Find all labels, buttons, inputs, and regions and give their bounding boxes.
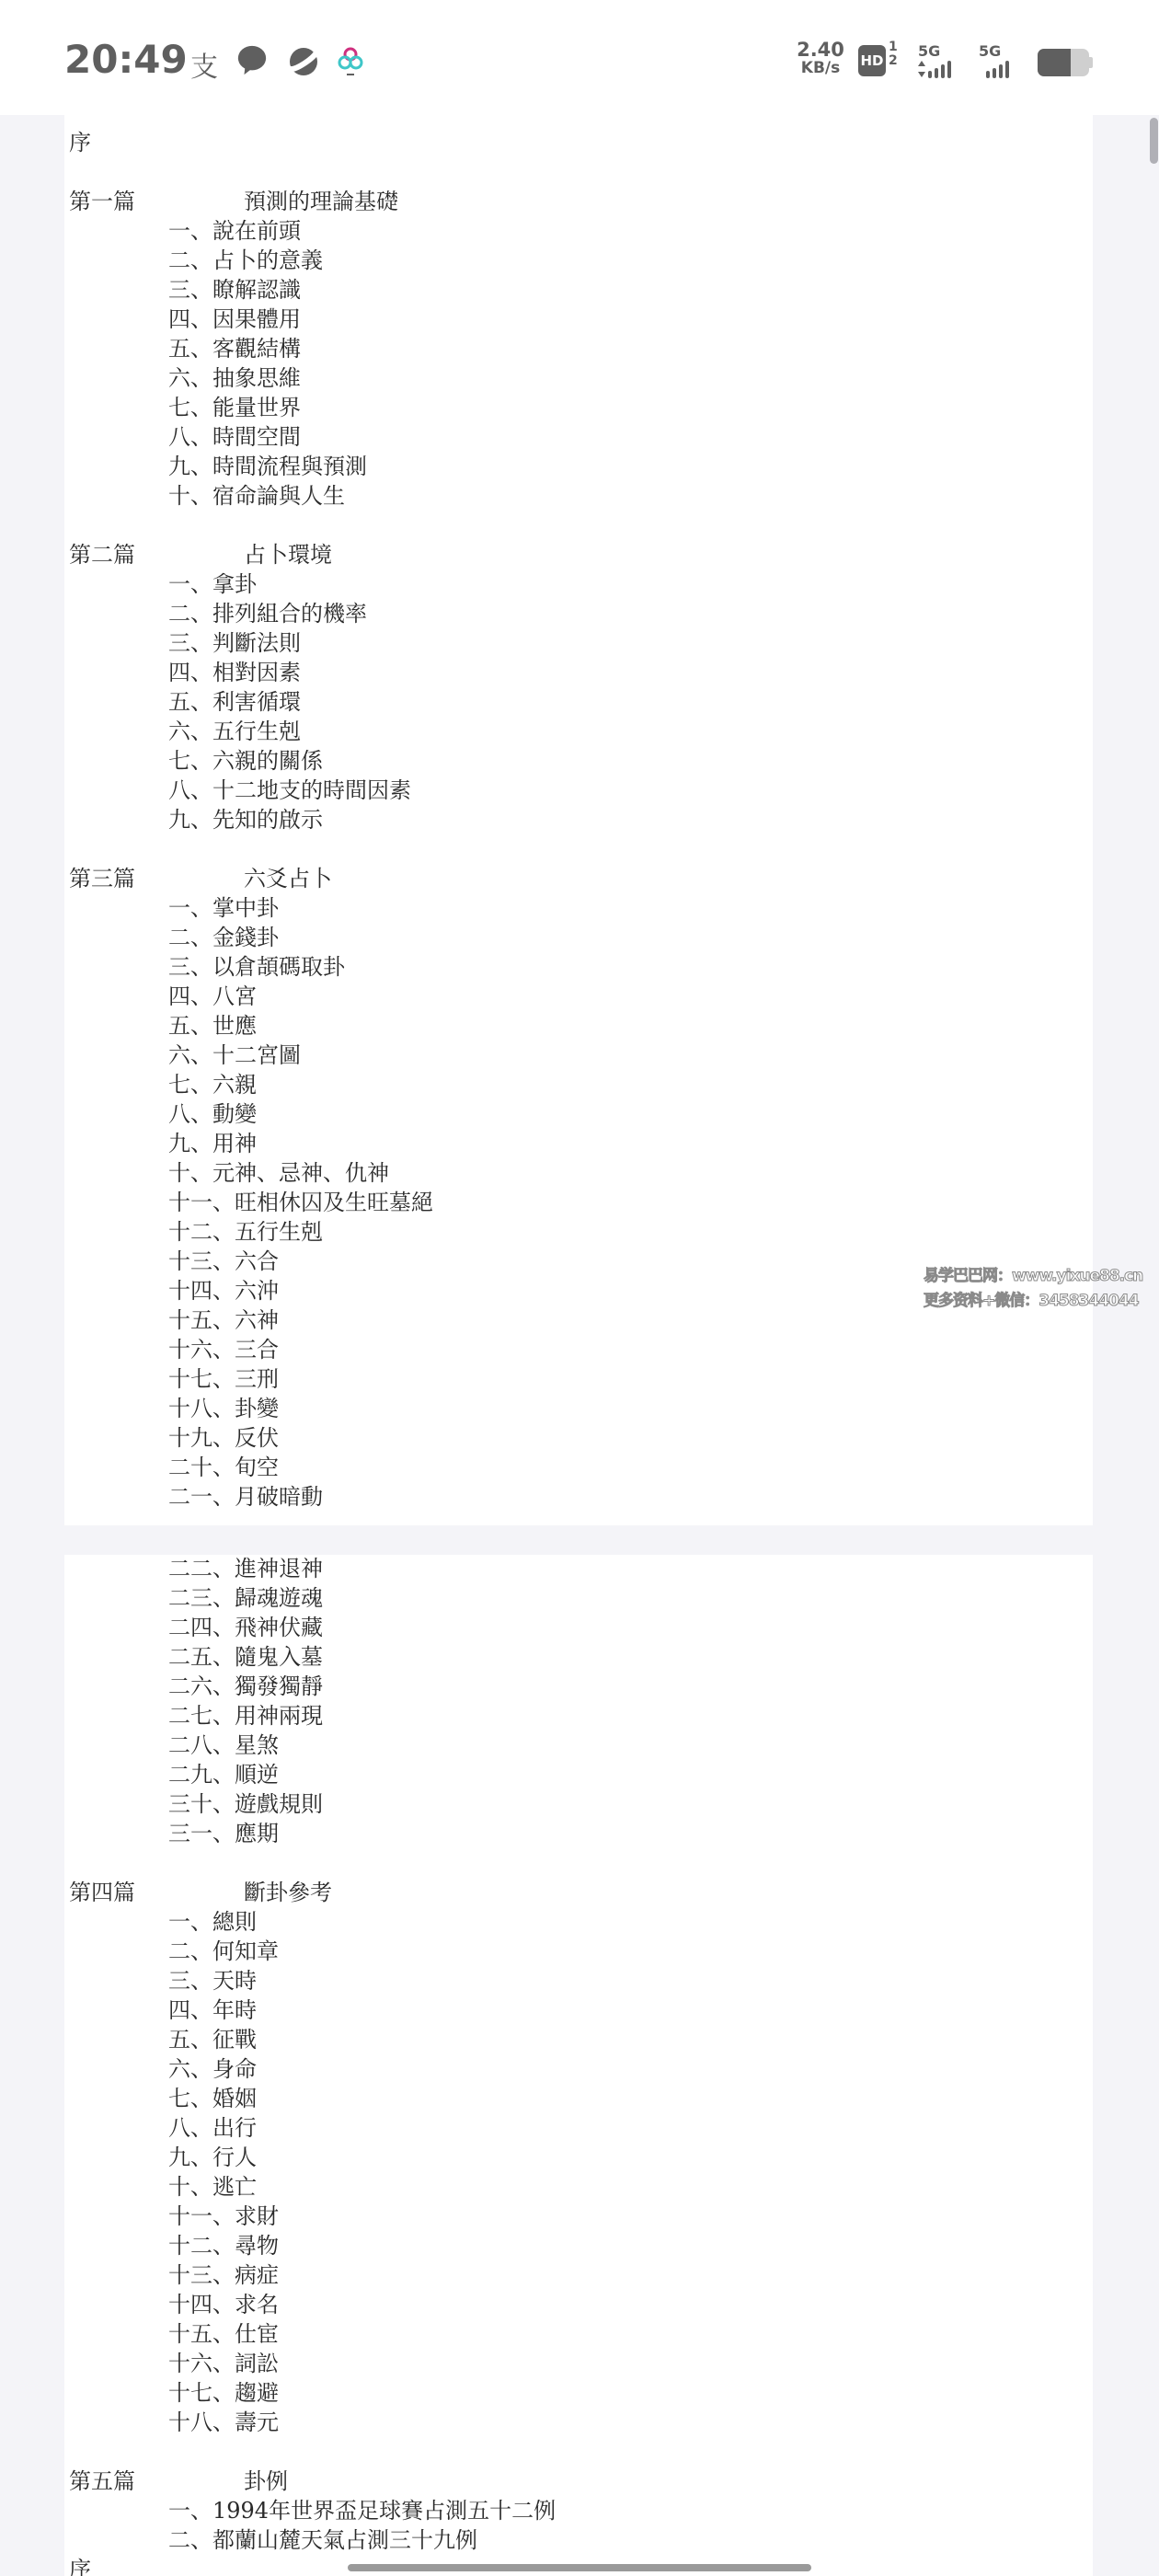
toc-item: 二、金錢卦 [168, 924, 279, 951]
alipay-icon: 支 [190, 44, 218, 77]
toc-item: 二二、進神退神 [168, 1555, 323, 1582]
toc-item: 七、婚姻 [168, 2085, 257, 2112]
toc-item: 十九、反伏 [168, 1424, 279, 1452]
vertical-scrollbar[interactable] [1150, 118, 1158, 164]
document-page-2: 二二、進神退神二三、歸魂遊魂二四、飛神伏藏二五、隨鬼入墓二六、獨發獨靜二七、用神… [64, 1555, 1093, 2576]
toc-item: 十三、病症 [168, 2261, 279, 2289]
battery-tip [1089, 57, 1093, 68]
network-speed-unit: KB/s [793, 61, 848, 76]
chat-bubble-icon [235, 44, 269, 77]
toc-item: 三、瞭解認識 [168, 276, 301, 304]
toc-item: 二六、獨發獨靜 [168, 1673, 323, 1700]
toc-item: 一、掌中卦 [168, 894, 279, 922]
toc-item: 十五、仕宦 [168, 2320, 279, 2348]
toc-item: 七、六親 [168, 1071, 257, 1098]
toc-item: 十二、五行生剋 [168, 1218, 323, 1246]
toc-item: 九、用神 [168, 1130, 257, 1157]
toc-item: 一、1994年世界盃足球賽占測五十二例 [168, 2497, 556, 2524]
toc-item: 二、占卜的意義 [168, 247, 323, 274]
sim1-network-type: 5G [918, 42, 940, 60]
network-speed: 2.40 KB/s [793, 40, 848, 76]
sim2-network-type: 5G [979, 42, 1001, 60]
toc-item: 三一、應期 [168, 1820, 279, 1847]
toc-item: 二八、星煞 [168, 1731, 279, 1759]
toc-item: 十六、詞訟 [168, 2350, 279, 2377]
chapter-title: 預測的理論基礎 [244, 188, 398, 215]
toc-item: 五、征戰 [168, 2026, 257, 2053]
status-time: 20:49 [64, 37, 188, 82]
toc-item: 七、六親的關係 [168, 747, 323, 775]
watermark-line-1: 易学巴巴网：www.yixue88.cn [924, 1262, 1142, 1285]
toc-item: 十七、三刑 [168, 1365, 279, 1393]
toc-item: 十、宿命論與人生 [168, 482, 345, 510]
toc-item: 十二、尋物 [168, 2232, 279, 2260]
sim1-signal-icon [928, 61, 951, 78]
planet-browser-icon [287, 45, 320, 78]
home-indicator[interactable] [348, 2564, 811, 2571]
toc-item: 三、以倉頡碼取卦 [168, 953, 345, 981]
toc-item: 四、八宮 [168, 983, 257, 1010]
hd-sim-indicator: 1 2 [889, 40, 898, 69]
network-speed-value: 2.40 [793, 40, 848, 60]
toc-item: 四、相對因素 [168, 659, 301, 686]
toc-item: 十八、卦變 [168, 1395, 279, 1422]
toc-item: 三、判斷法則 [168, 629, 301, 657]
toc-item: 七、能量世界 [168, 394, 301, 421]
toc-item: 十四、六沖 [168, 1277, 279, 1305]
sim2-signal-icon [986, 61, 1009, 78]
toc-item: 十、逃亡 [168, 2173, 257, 2201]
chapter-title: 占卜環境 [244, 541, 332, 569]
hd-sim-top: 1 [889, 40, 898, 54]
toc-item: 九、時間流程與預測 [168, 453, 367, 480]
battery-icon [1038, 49, 1089, 76]
document-page-1: 序第一篇預測的理論基礎一、說在前頭二、占卜的意義三、瞭解認識四、因果體用五、客觀… [64, 115, 1093, 1525]
toc-item: 三、天時 [168, 1967, 257, 1995]
toc-item: 一、拿卦 [168, 570, 257, 598]
toc-item: 二、何知章 [168, 1938, 279, 1965]
toc-item: 九、行人 [168, 2144, 257, 2171]
toc-item: 十六、三合 [168, 1336, 279, 1363]
chapter-label: 第三篇 [69, 865, 135, 892]
hd-voice-icon: HD [858, 45, 886, 76]
toc-item: 二九、順逆 [168, 1761, 279, 1788]
watermark-line-2: 更多资料+微信：3458344044 [924, 1287, 1139, 1310]
toc-item: 二一、月破暗動 [168, 1483, 323, 1511]
toc-item: 十、元神、忌神、仇神 [168, 1159, 389, 1187]
toc-item: 十五、六神 [168, 1306, 279, 1334]
toc-item: 二、都蘭山麓天氣占測三十九例 [168, 2526, 477, 2554]
chapter-title: 卦例 [244, 2467, 288, 2495]
toc-item: 八、動變 [168, 1100, 257, 1128]
preface-heading: 序 [69, 2556, 91, 2576]
toc-item: 八、時間空間 [168, 423, 301, 451]
data-arrows-icon [918, 60, 925, 78]
toc-item: 二、排列組合的機率 [168, 600, 367, 627]
toc-item: 二七、用神兩現 [168, 1702, 323, 1730]
toc-item: 四、年時 [168, 1996, 257, 2024]
toc-item: 十三、六合 [168, 1248, 279, 1275]
preface-heading: 序 [69, 129, 91, 156]
status-bar: 20:49 支 2.40 KB/s HD 1 2 5G 5G [0, 0, 1159, 115]
chapter-title: 斷卦參考 [244, 1879, 332, 1906]
chapter-label: 第五篇 [69, 2467, 135, 2495]
toc-item: 二十、旬空 [168, 1454, 279, 1481]
toc-item: 十八、壽元 [168, 2409, 279, 2436]
toc-item: 一、總則 [168, 1908, 257, 1936]
chapter-label: 第一篇 [69, 188, 135, 215]
toc-item: 九、先知的啟示 [168, 806, 323, 834]
toc-item: 二五、隨鬼入墓 [168, 1643, 323, 1671]
chapter-label: 第二篇 [69, 541, 135, 569]
document-viewer[interactable]: 序第一篇預測的理論基礎一、說在前頭二、占卜的意義三、瞭解認識四、因果體用五、客觀… [0, 115, 1159, 2576]
cloud-app-icon [337, 46, 364, 79]
toc-item: 五、世應 [168, 1012, 257, 1040]
toc-item: 一、說在前頭 [168, 217, 301, 245]
toc-item: 二四、飛神伏藏 [168, 1614, 323, 1641]
toc-item: 十四、求名 [168, 2291, 279, 2318]
toc-item: 十一、旺相休囚及生旺墓絕 [168, 1189, 433, 1216]
toc-item: 二三、歸魂遊魂 [168, 1584, 323, 1612]
chapter-title: 六爻占卜 [244, 865, 332, 892]
toc-item: 六、抽象思維 [168, 364, 301, 392]
toc-item: 六、身命 [168, 2055, 257, 2083]
toc-item: 五、客觀結構 [168, 335, 301, 362]
toc-item: 六、五行生剋 [168, 718, 301, 745]
chapter-label: 第四篇 [69, 1879, 135, 1906]
hd-sim-bottom: 2 [889, 54, 898, 68]
toc-item: 六、十二宮圖 [168, 1041, 301, 1069]
toc-item: 三十、遊戲規則 [168, 1790, 323, 1818]
toc-item: 八、出行 [168, 2114, 257, 2142]
toc-item: 八、十二地支的時間因素 [168, 776, 411, 804]
toc-item: 十七、趨避 [168, 2379, 279, 2407]
toc-item: 四、因果體用 [168, 305, 301, 333]
toc-item: 五、利害循環 [168, 688, 301, 716]
battery-level [1038, 49, 1071, 76]
toc-item: 十一、求財 [168, 2202, 279, 2230]
